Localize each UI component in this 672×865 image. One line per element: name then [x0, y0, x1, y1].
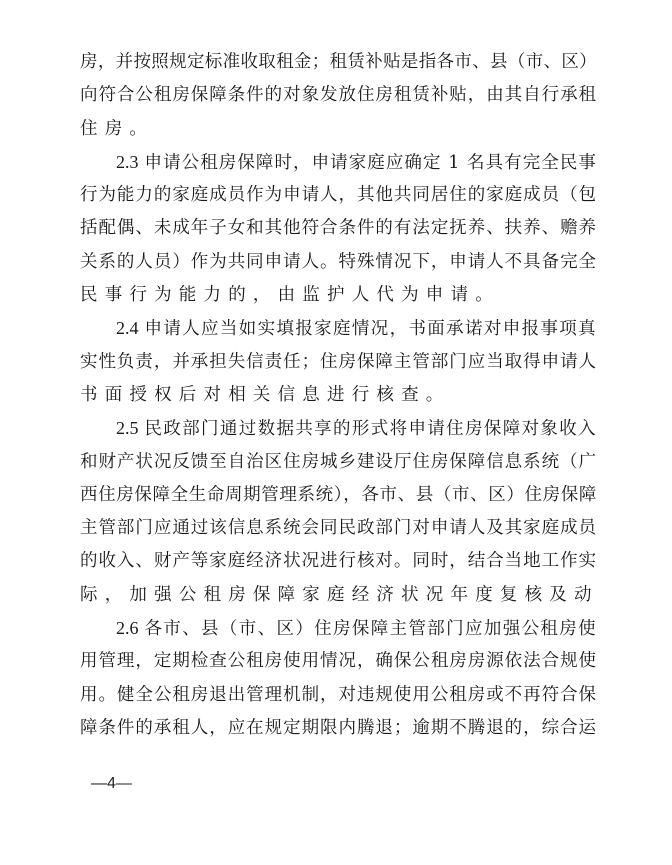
- text-line-content: 民政部门通过数据共享的形式将申请住房保障对象收入: [145, 413, 598, 445]
- text-line: 民事行为能力的，由监护人代为申请。: [80, 279, 597, 312]
- text-line: 书面授权后对相关信息进行核查。: [80, 379, 597, 412]
- paragraph-2-3: 2.3申请公租房保障时，申请家庭应确定 1 名具有完全民事 行为能力的家庭成员作…: [80, 146, 597, 312]
- text-line-content: 申请公租房保障时，申请家庭应确定 1 名具有完全民事: [145, 147, 598, 179]
- section-number: 2.6: [116, 618, 139, 638]
- text-line: 用管理，定期检查公租房使用情况，确保公租房房源依法合规使: [80, 645, 597, 678]
- text-line: 2.3申请公租房保障时，申请家庭应确定 1 名具有完全民事: [80, 146, 597, 179]
- text-line: 主管部门应通过该信息系统会同民政部门对申请人及其家庭成员: [80, 512, 597, 545]
- text-line-content: 申请人应当如实填报家庭情况，书面承诺对申报事项真: [145, 313, 598, 345]
- paragraph-continuation: 房，并按照规定标准收取租金；租赁补贴是指各市、县（市、区） 向符合公租房保障条件…: [80, 46, 597, 146]
- text-line: 际，加强公租房保障家庭经济状况年度复核及动态核查工作。: [80, 579, 597, 612]
- text-line: 向符合公租房保障条件的对象发放住房租赁补贴，由其自行承租: [80, 79, 597, 112]
- text-line: 2.5民政部门通过数据共享的形式将申请住房保障对象收入: [80, 412, 597, 445]
- section-number: 2.3: [116, 152, 139, 172]
- text-line: 括配偶、未成年子女和其他符合条件的有法定抚养、扶养、赡养: [80, 212, 597, 245]
- text-line: 2.4申请人应当如实填报家庭情况，书面承诺对申报事项真: [80, 312, 597, 345]
- text-line: 房，并按照规定标准收取租金；租赁补贴是指各市、县（市、区）: [80, 46, 597, 79]
- paragraph-2-4: 2.4申请人应当如实填报家庭情况，书面承诺对申报事项真 实性负责，并承担失信责任…: [80, 312, 597, 412]
- text-line: 行为能力的家庭成员作为申请人，其他共同居住的家庭成员（包: [80, 179, 597, 212]
- text-line: 西住房保障全生命周期管理系统），各市、县（市、区）住房保障: [80, 479, 597, 512]
- text-line: 2.6各市、县（市、区）住房保障主管部门应加强公租房使: [80, 612, 597, 645]
- page-number: —4—: [91, 775, 132, 793]
- text-line: 关系的人员）作为共同申请人。特殊情况下，申请人不具备完全: [80, 246, 597, 279]
- paragraph-2-5: 2.5民政部门通过数据共享的形式将申请住房保障对象收入 和财产状况反馈至自治区住…: [80, 412, 597, 612]
- document-page: 房，并按照规定标准收取租金；租赁补贴是指各市、县（市、区） 向符合公租房保障条件…: [80, 46, 597, 745]
- text-line: 用。健全公租房退出管理机制，对违规使用公租房或不再符合保: [80, 679, 597, 712]
- paragraph-2-6: 2.6各市、县（市、区）住房保障主管部门应加强公租房使 用管理，定期检查公租房使…: [80, 612, 597, 745]
- section-number: 2.4: [116, 318, 139, 338]
- text-line: 住房。: [80, 113, 597, 146]
- text-line: 的收入、财产等家庭经济状况进行核对。同时，结合当地工作实: [80, 545, 597, 578]
- text-line: 实性负责，并承担失信责任；住房保障主管部门应当取得申请人: [80, 346, 597, 379]
- text-line-content: 各市、县（市、区）住房保障主管部门应加强公租房使: [145, 613, 598, 645]
- section-number: 2.5: [116, 418, 139, 438]
- text-line: 障条件的承租人，应在规定期限内腾退；逾期不腾退的，综合运: [80, 712, 597, 745]
- text-line: 和财产状况反馈至自治区住房城乡建设厅住房保障信息系统（广: [80, 446, 597, 479]
